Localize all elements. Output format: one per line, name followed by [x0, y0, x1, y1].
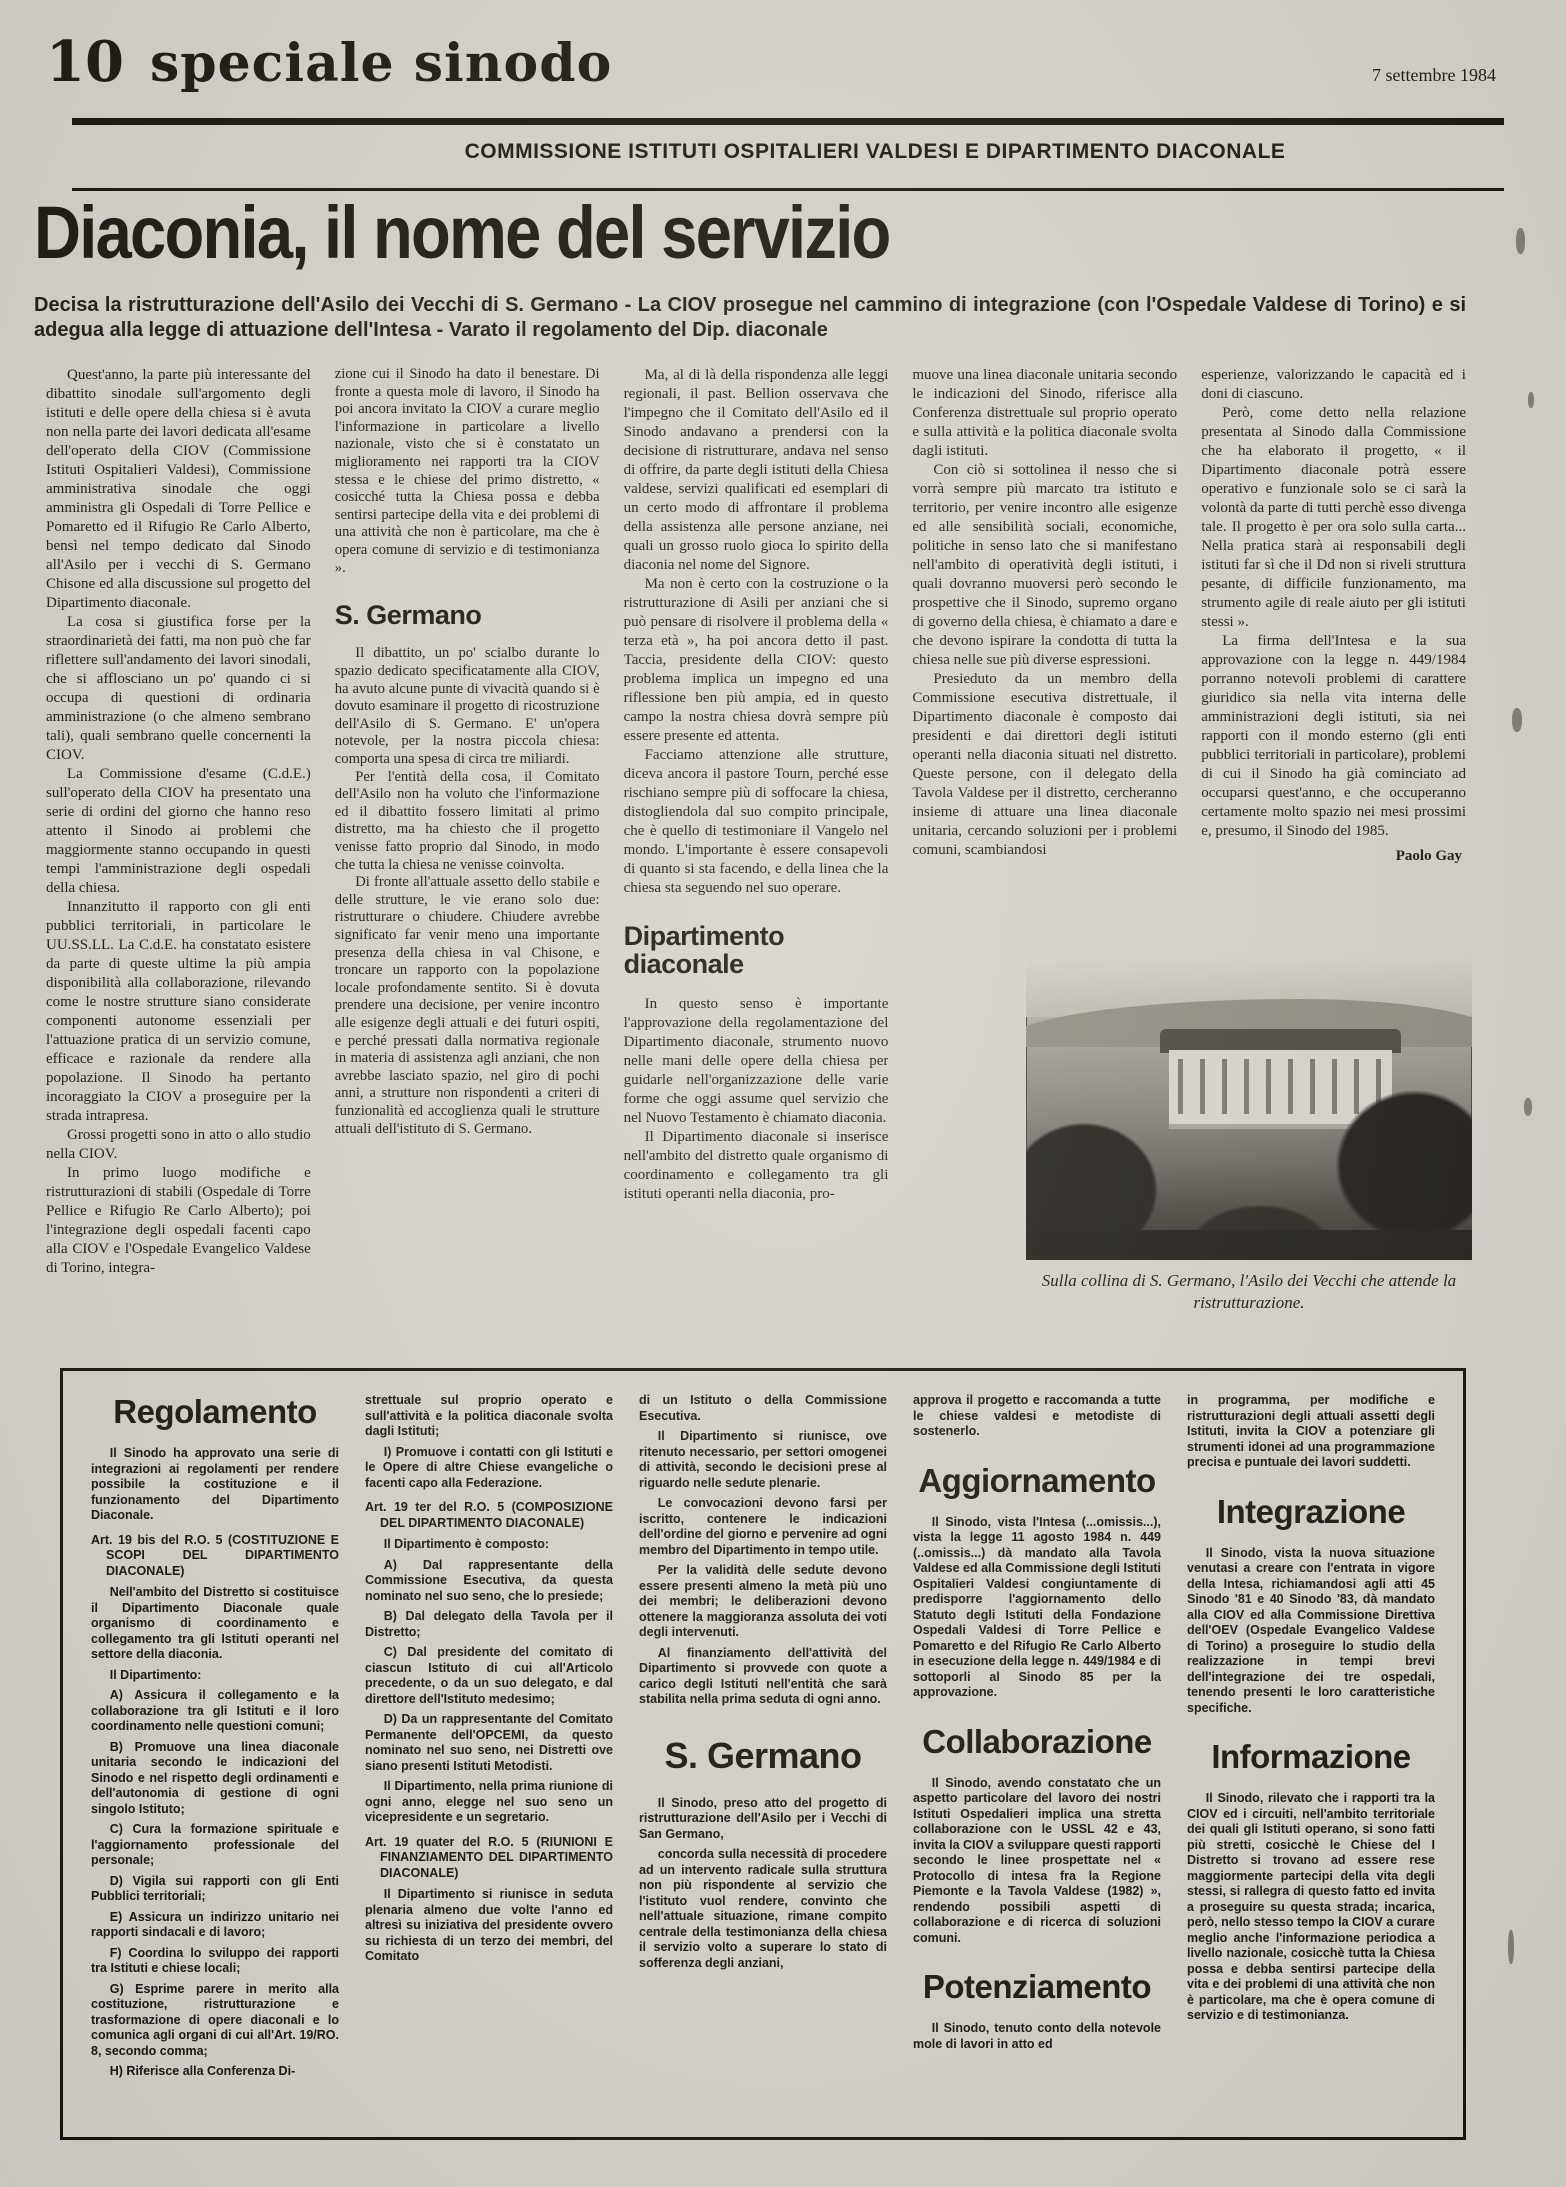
paragraph: Quest'anno, la parte più interessante de…: [46, 366, 311, 613]
box-column-5: in programma, per modifiche e ristruttur…: [1187, 1393, 1435, 2121]
paragraph: D) Da un rappresentante del Comitato Per…: [365, 1712, 613, 1774]
paragraph: muove una linea diaconale unitaria secon…: [912, 366, 1177, 461]
paragraph: Il Sinodo, vista la nuova situazione ven…: [1187, 1546, 1435, 1717]
paragraph: Il Dipartimento, nella prima riunione di…: [365, 1779, 613, 1826]
paragraph: Il Sinodo, vista l'Intesa (...omissis...…: [913, 1515, 1161, 1701]
paragraph: C) Cura la formazione spirituale e l'agg…: [91, 1822, 339, 1869]
page-date: 7 settembre 1984: [1372, 66, 1496, 90]
article-column-2: zione cui il Sinodo ha dato il benestare…: [335, 366, 600, 1360]
headline: Diaconia, il nome del servizio: [34, 196, 890, 270]
paragraph: Presieduto da un membro della Commission…: [912, 670, 1177, 860]
paragraph: Innanzitutto il rapporto con gli enti pu…: [46, 898, 311, 1126]
heading-informazione: Informazione: [1187, 1740, 1435, 1773]
asilo-photo: [1026, 956, 1472, 1260]
box-column-3: di un Istituto o della Commissione Esecu…: [639, 1393, 887, 2121]
photo-caption: Sulla collina di S. Germano, l'Asilo dei…: [1032, 1270, 1466, 1314]
paragraph: I) Promuove i contatti con gli Istituti …: [365, 1445, 613, 1492]
photo-foreground: [1026, 1230, 1472, 1260]
article-column-3: Ma, al di là della rispondenza alle legg…: [624, 366, 889, 1360]
paragraph: B) Dal delegato della Tavola per il Dist…: [365, 1609, 613, 1640]
paragraph: Grossi progetti sono in atto o allo stud…: [46, 1126, 311, 1164]
page-header: 10 speciale sinodo 7 settembre 1984: [46, 34, 1496, 90]
paragraph: Art. 19 quater del R.O. 5 (RIUNIONI E FI…: [365, 1835, 613, 1882]
paragraph: Il Sinodo, tenuto conto della notevole m…: [913, 2021, 1161, 2052]
box-column-4: approva il progetto e raccomanda a tutte…: [913, 1393, 1161, 2121]
subhead-s-germano: S. Germano: [335, 601, 600, 629]
article-column-1: Quest'anno, la parte più interessante de…: [46, 366, 311, 1360]
paragraph: strettuale sul proprio operato e sull'at…: [365, 1393, 613, 1440]
deck: Decisa la ristrutturazione dell'Asilo de…: [34, 293, 1466, 343]
paragraph: Il Dipartimento diaconale si inserisce n…: [624, 1128, 889, 1204]
newspaper-page: 10 speciale sinodo 7 settembre 1984 COMM…: [0, 0, 1566, 2187]
paragraph: zione cui il Sinodo ha dato il benestare…: [335, 366, 600, 577]
paragraph: Il Sinodo, preso atto del progetto di ri…: [639, 1796, 887, 1843]
scan-artifact: [1508, 1930, 1514, 1964]
paragraph: approva il progetto e raccomanda a tutte…: [913, 1393, 1161, 1440]
paragraph: G) Esprime parere in merito alla costitu…: [91, 1982, 339, 2060]
paragraph: Per l'entità della cosa, il Comitato del…: [335, 769, 600, 875]
masthead-rule: [72, 118, 1504, 125]
heading-s-germano: S. Germano: [639, 1738, 887, 1774]
paragraph: Il Dipartimento è composto:: [365, 1537, 613, 1553]
paragraph: F) Coordina lo sviluppo dei rapporti tra…: [91, 1946, 339, 1977]
paragraph: Art. 19 bis del R.O. 5 (COSTITUZIONE E S…: [91, 1533, 339, 1580]
paragraph: Di fronte all'attuale assetto dello stab…: [335, 874, 600, 1138]
photo-figure: Sulla collina di S. Germano, l'Asilo dei…: [1026, 956, 1472, 1314]
paragraph: Il Dipartimento si riunisce in seduta pl…: [365, 1887, 613, 1965]
heading-aggiornamento: Aggiornamento: [913, 1464, 1161, 1497]
paragraph: Il Sinodo, rilevato che i rapporti tra l…: [1187, 1791, 1435, 2024]
scan-artifact: [1524, 1098, 1532, 1116]
paragraph: concorda sulla necessità di procedere ad…: [639, 1847, 887, 1971]
paragraph: di un Istituto o della Commissione Esecu…: [639, 1393, 887, 1424]
heading-regolamento: Regolamento: [91, 1395, 339, 1428]
paragraph: Il dibattito, un po' scialbo durante lo …: [335, 645, 600, 768]
heading-collaborazione: Collaborazione: [913, 1725, 1161, 1758]
paragraph: Ma non è certo con la costruzione o la r…: [624, 575, 889, 746]
paragraph: Nell'ambito del Distretto si costituisce…: [91, 1585, 339, 1663]
kicker: COMMISSIONE ISTITUTI OSPITALIERI VALDESI…: [340, 140, 1410, 164]
heading-potenziamento: Potenziamento: [913, 1970, 1161, 2003]
subhead-dipartimento-diaconale: Dipartimento diaconale: [624, 922, 889, 979]
paragraph: esperienze, valorizzando le capacità ed …: [1201, 366, 1466, 404]
paragraph: In primo luogo modifiche e ristrutturazi…: [46, 1164, 311, 1278]
paragraph: Facciamo attenzione alle strutture, dice…: [624, 746, 889, 898]
paragraph: Le convocazioni devono farsi per iscritt…: [639, 1496, 887, 1558]
paragraph: Art. 19 ter del R.O. 5 (COMPOSIZIONE DEL…: [365, 1500, 613, 1531]
paragraph: in programma, per modifiche e ristruttur…: [1187, 1393, 1435, 1471]
synod-acts-box: Regolamento Il Sinodo ha approvato una s…: [60, 1368, 1466, 2140]
paragraph: La cosa si giustifica forse per la strao…: [46, 613, 311, 765]
paragraph: Ma, al di là della rispondenza alle legg…: [624, 366, 889, 575]
paragraph: La Commissione d'esame (C.d.E.) sull'ope…: [46, 765, 311, 898]
paragraph: Il Sinodo ha approvato una serie di inte…: [91, 1446, 339, 1524]
heading-integrazione: Integrazione: [1187, 1495, 1435, 1528]
box-column-1: Regolamento Il Sinodo ha approvato una s…: [91, 1393, 339, 2121]
scan-artifact: [1512, 708, 1522, 732]
box-column-2: strettuale sul proprio operato e sull'at…: [365, 1393, 613, 2121]
paragraph: Al finanziamento dell'attività del Dipar…: [639, 1646, 887, 1708]
paragraph: Però, come detto nella relazione present…: [1201, 404, 1466, 632]
paragraph: E) Assicura un indirizzo unitario nei ra…: [91, 1910, 339, 1941]
paragraph: A) Dal rappresentante della Commissione …: [365, 1558, 613, 1605]
paragraph: La firma dell'Intesa e la sua approvazio…: [1201, 632, 1466, 841]
page-number: 10: [46, 34, 124, 90]
paragraph: C) Dal presidente del comitato di ciascu…: [365, 1645, 613, 1707]
paragraph: In questo senso è importante l'approvazi…: [624, 995, 889, 1128]
paragraph: Per la validità delle sedute devono esse…: [639, 1563, 887, 1641]
scan-artifact: [1528, 392, 1534, 408]
byline: Paolo Gay: [1201, 847, 1466, 866]
paragraph: B) Promuove una linea diaconale unitaria…: [91, 1740, 339, 1818]
section-title: speciale sinodo: [150, 38, 612, 90]
paragraph: Con ciò si sottolinea il nesso che si vo…: [912, 461, 1177, 670]
paragraph: Il Sinodo, avendo constatato che un aspe…: [913, 1776, 1161, 1947]
paragraph: Il Dipartimento si riunisce, ove ritenut…: [639, 1429, 887, 1491]
paragraph: D) Vigila sui rapporti con gli Enti Pubb…: [91, 1874, 339, 1905]
paragraph: A) Assicura il collegamento e la collabo…: [91, 1688, 339, 1735]
scan-artifact: [1516, 228, 1525, 254]
paragraph: H) Riferisce alla Conferenza Di-: [91, 2064, 339, 2080]
paragraph: Il Dipartimento:: [91, 1668, 339, 1684]
